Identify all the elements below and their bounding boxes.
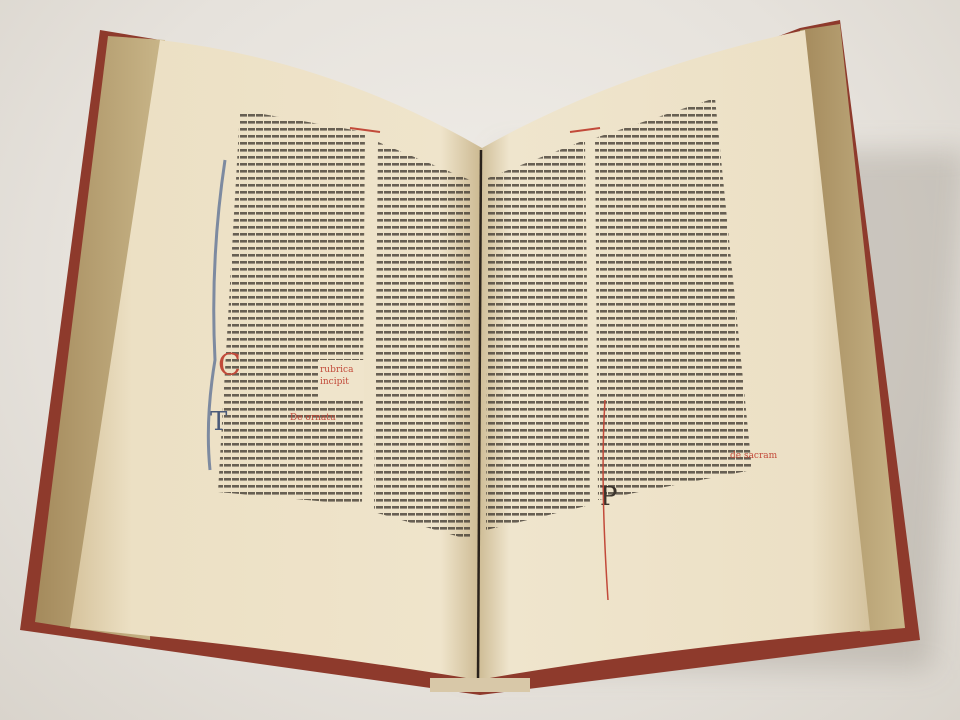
svg-text:incipit: incipit (320, 377, 349, 387)
left-text-column-2 (374, 142, 470, 540)
manuscript-book: rubrica incipit De ornatu C T P de sacra… (0, 0, 960, 720)
initial-letter: C (218, 348, 241, 383)
right-text-column-1 (486, 140, 590, 530)
svg-text:de sacram: de sacram (730, 451, 778, 461)
left-text-column-1 (218, 110, 365, 505)
svg-text:De ornatu: De ornatu (290, 413, 336, 423)
spine-base (430, 678, 530, 692)
svg-text:T: T (210, 407, 228, 437)
rubric-text: rubrica (320, 365, 354, 375)
